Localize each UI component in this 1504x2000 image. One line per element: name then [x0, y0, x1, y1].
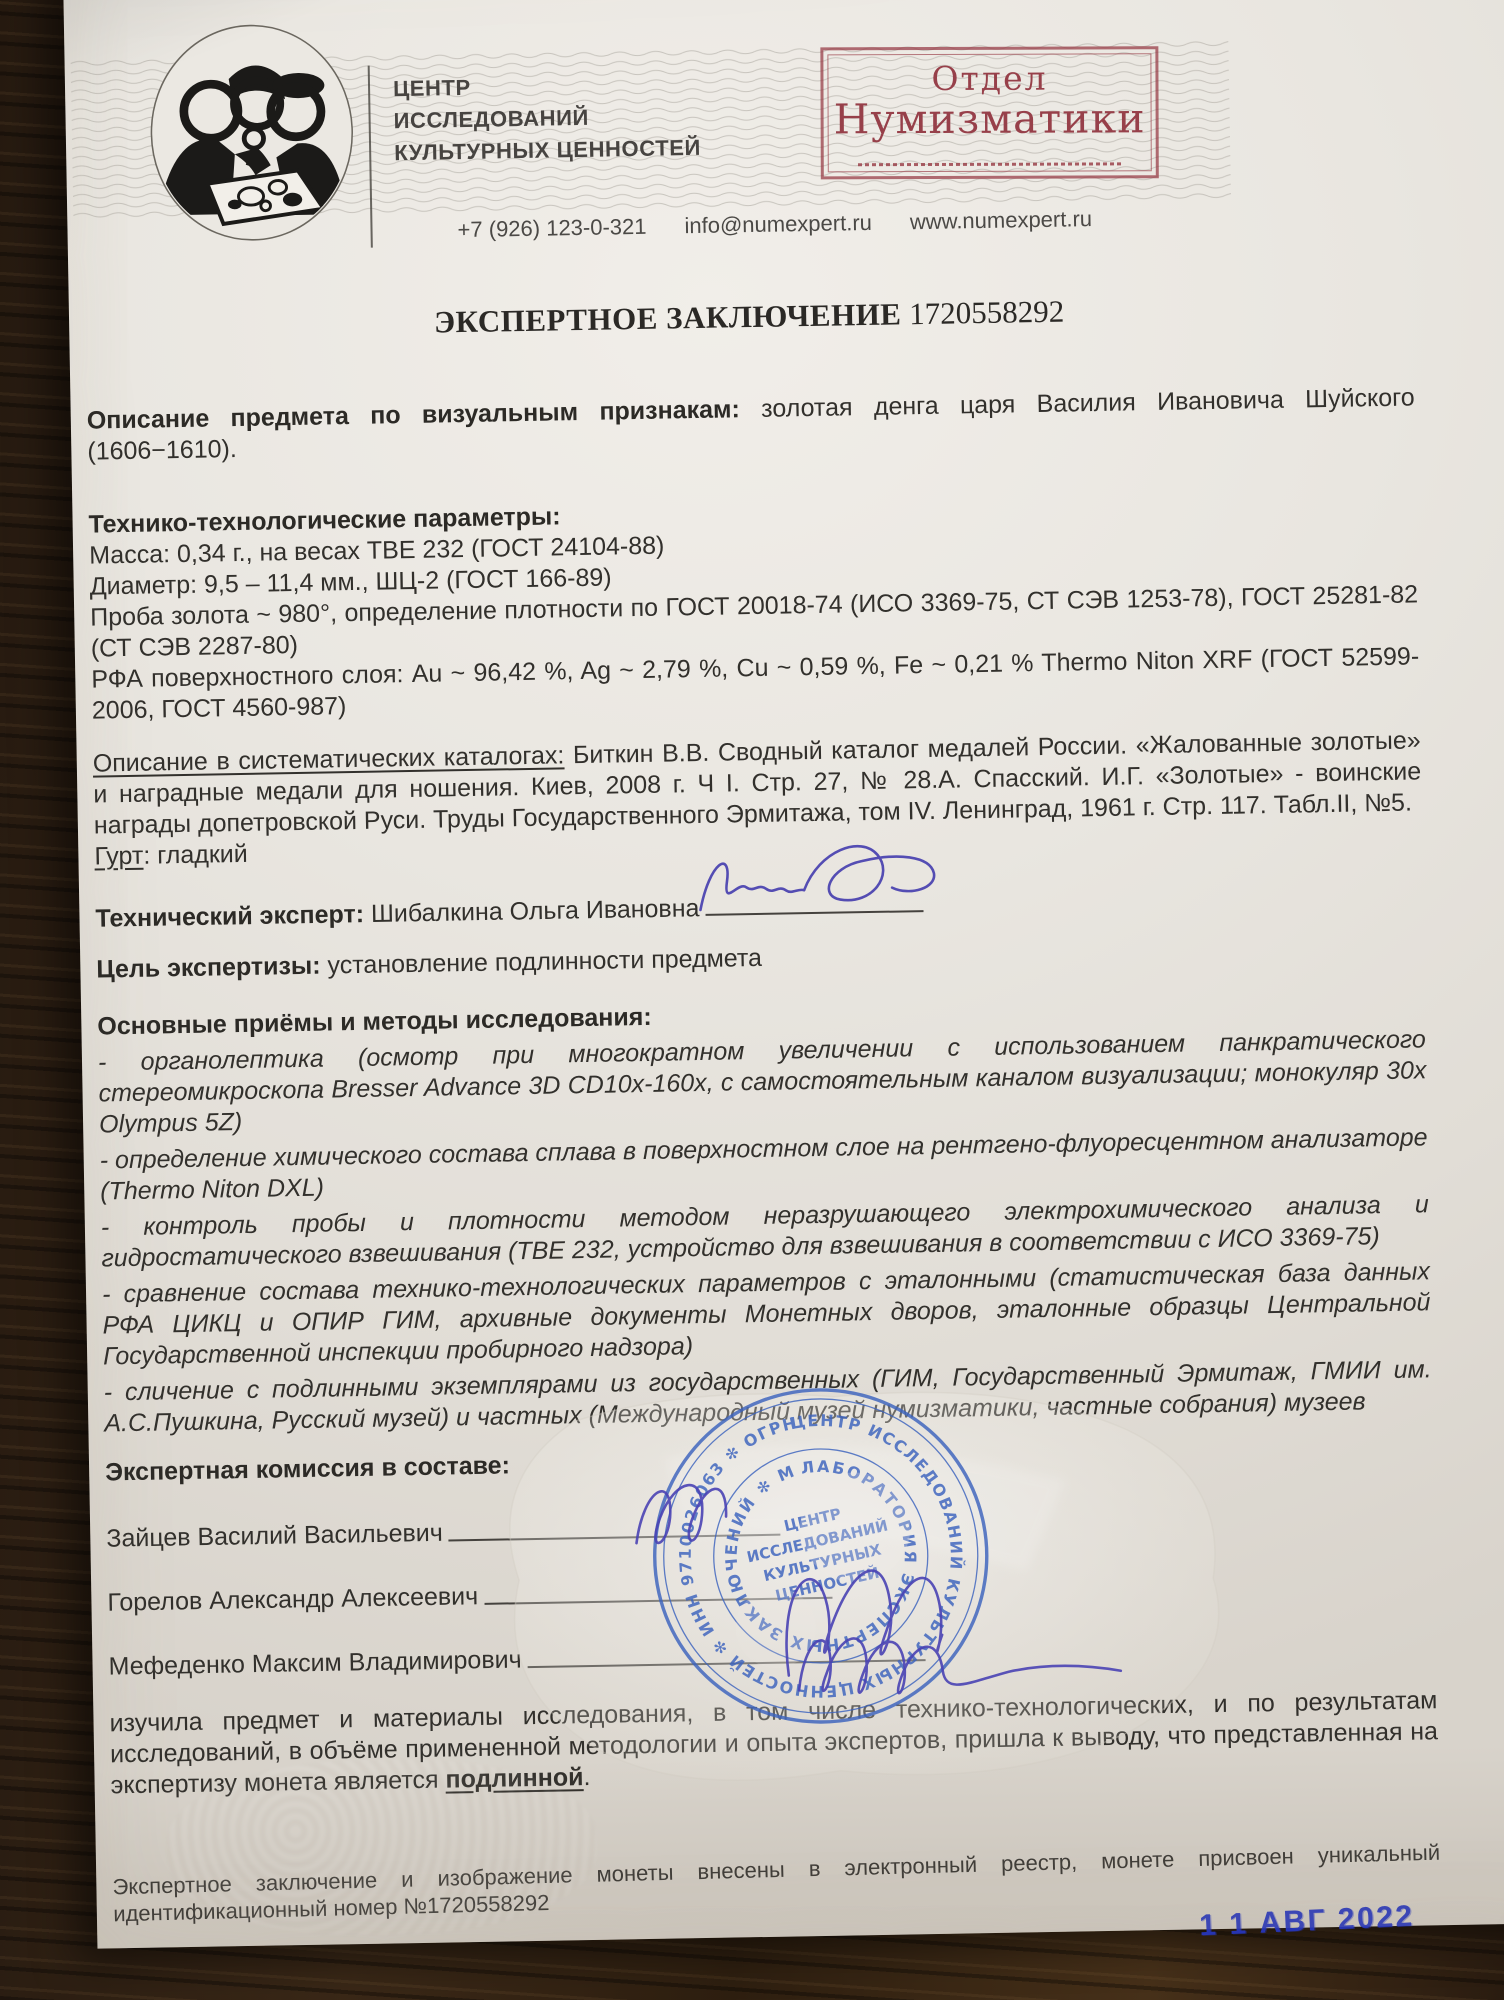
email-address: info@numexpert.ru: [684, 207, 872, 241]
org-line-3: КУЛЬТУРНЫХ ЦЕННОСТЕЙ: [394, 132, 701, 169]
svg-text:ЦЕНТР ИССЛЕДОВАНИЙ КУЛЬТУРНЫХ: ЦЕНТР ИССЛЕДОВАНИЙ КУЛЬТУРНЫХ ЦЕННОСТЕЙ …: [647, 1382, 995, 1730]
conclusion-paragraph: изучила предмет и материалы исследования…: [109, 1685, 1438, 1801]
edge-label: Гурт: [94, 842, 143, 871]
seal-outer-ring-text: ЦЕНТР ИССЛЕДОВАНИЙ КУЛЬТУРНЫХ ЦЕННОСТЕЙ …: [647, 1382, 995, 1730]
commission-heading: Экспертная комиссия в составе:: [105, 1435, 1433, 1489]
document-title: ЭКСПЕРТНОЕ ЗАКЛЮЧЕНИЕ 1720558292: [85, 289, 1413, 343]
member-name-mefedenko: Мефеденко Максим Владимирович: [108, 1646, 522, 1681]
phone-number: +7 (926) 123-0-321: [457, 211, 646, 245]
numismatics-stamp-inner-frame: Отдел Нумизматики: [827, 53, 1151, 172]
method-item: - органолептика (осмотр при многократном…: [98, 1025, 1427, 1141]
member-name-zaytsev: Зайцев Василий Васильевич: [106, 1519, 443, 1553]
photo-of-expert-certificate: { "org": { "line1": "ЦЕНТР", "line2": "И…: [0, 0, 1504, 2000]
purpose-label: Цель экспертизы:: [96, 952, 321, 984]
commission-member-row: Мефеденко Максим Владимирович: [108, 1624, 1436, 1683]
org-line-2: ИССЛЕДОВАНИЙ: [393, 100, 700, 137]
visual-description-label: Описание предмета по визуальным признака…: [87, 395, 740, 434]
title-number: 1720558292: [909, 294, 1065, 332]
technical-expert-signature-line: [705, 884, 923, 916]
org-line-1: ЦЕНТР: [393, 68, 700, 105]
member-signature-line: [527, 1632, 925, 1667]
technical-expert-row: Технический эксперт: Шибалкина Ольга Ива…: [95, 875, 1423, 934]
member-name-gorelov: Горелов Александр Алексеевич: [107, 1582, 478, 1616]
document-paper: ЦЕНТР ИССЛЕДОВАНИЙ КУЛЬТУРНЫХ ЦЕННОСТЕЙ …: [63, 0, 1504, 1949]
visual-description-paragraph: Описание предмета по визуальным признака…: [87, 382, 1416, 467]
website-url: www.numexpert.ru: [910, 203, 1093, 237]
member-signature-line: [448, 1507, 780, 1541]
commission-member-row: Зайцев Василий Васильевич: [106, 1496, 1434, 1555]
conclusion-text: изучила предмет и материалы исследования…: [109, 1686, 1438, 1799]
title-label: ЭКСПЕРТНОЕ ЗАКЛЮЧЕНИЕ: [434, 296, 902, 339]
member-signature-line: [484, 1570, 832, 1604]
conclusion-verdict: подлинной: [445, 1763, 583, 1793]
numismatics-department-stamp: Отдел Нумизматики: [820, 46, 1158, 179]
commission-member-row: Горелов Александр Алексеевич: [107, 1560, 1435, 1619]
stamp-line-2: Нумизматики: [829, 96, 1151, 141]
purpose-text: установление подлинности предмета: [320, 944, 762, 980]
document-content: ЦЕНТР ИССЛЕДОВАНИЙ КУЛЬТУРНЫХ ЦЕННОСТЕЙ …: [80, 0, 1441, 1928]
organization-name: ЦЕНТР ИССЛЕДОВАНИЙ КУЛЬТУРНЫХ ЦЕННОСТЕЙ: [393, 68, 701, 169]
stamp-microtext: [858, 162, 1122, 166]
expert-commission-section: Экспертная комиссия в составе: Зайцев Ва…: [105, 1435, 1437, 1683]
stamp-line-1: Отдел: [828, 60, 1150, 97]
center-logo-numismatists-icon: [139, 16, 365, 250]
edge-value: : гладкий: [143, 840, 248, 870]
technical-expert-label: Технический эксперт:: [95, 900, 364, 933]
catalog-label: Описание в систематических каталогах:: [93, 741, 565, 777]
method-item: - сравнение состава технико-технологичес…: [102, 1257, 1431, 1373]
technical-expert-name: Шибалкина Ольга Ивановна: [364, 894, 700, 928]
date-ink-stamp: 1 1 АВГ 2022: [1199, 1901, 1416, 1942]
conclusion-period: .: [583, 1763, 590, 1791]
expertise-purpose-row: Цель экспертизы: установление подлинност…: [96, 932, 1424, 986]
